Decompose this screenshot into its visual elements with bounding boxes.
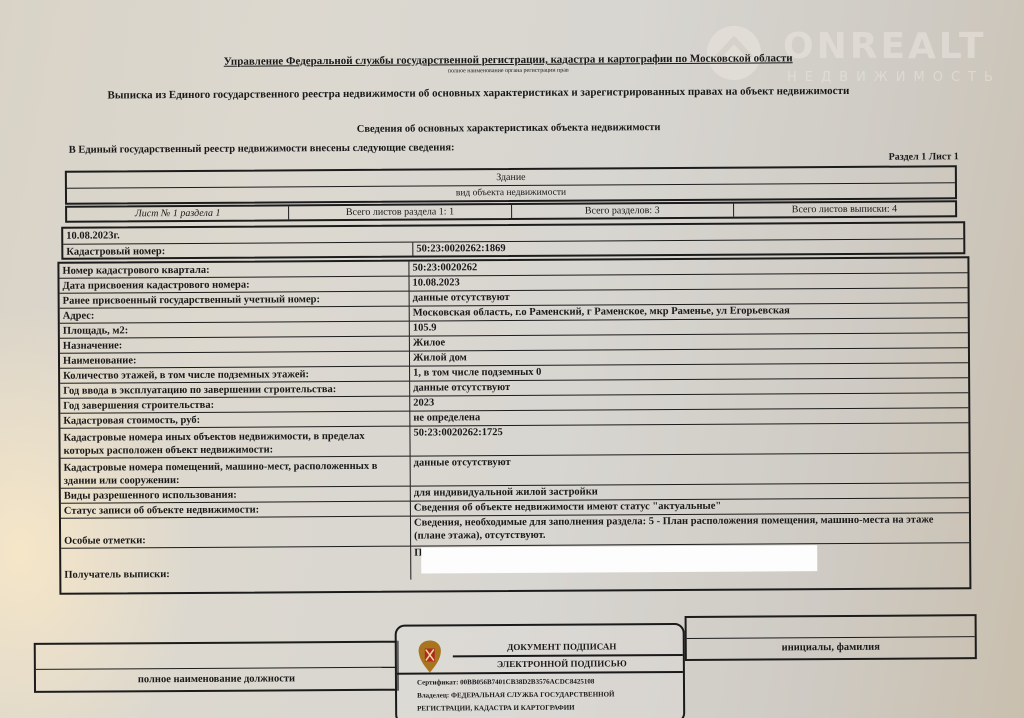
owner-line-1: Владелец: ФЕДЕРАЛЬНАЯ СЛУЖБА ГОСУДАРСТВЕ… [417, 690, 614, 699]
stamp-title-2: ЭЛЕКТРОННОЙ ПОДПИСЬЮ [457, 658, 667, 669]
field-label: Получатель выписки: [61, 547, 411, 582]
field-value: Сведения, необходимые для заполнения раз… [411, 513, 969, 546]
stamp-title-1: ДОКУМЕНТ ПОДПИСАН [457, 641, 667, 652]
coat-of-arms-icon [415, 636, 445, 676]
extract-sheets-total: Всего листов выписки: 4 [734, 202, 955, 216]
cadastral-number-value: 50:23:0020262:1869 [413, 239, 963, 256]
field-label: Кадастровые номера иных объектов недвижи… [60, 427, 410, 459]
document-page: Управление Федеральной службы государств… [0, 0, 1024, 718]
field-value: 50:23:0020262:1725 [410, 423, 968, 456]
name-caption: инициалы, фамилия [687, 637, 975, 659]
field-label: Особые отметки: [61, 517, 411, 549]
field-label: Кадастровые номера помещений, машино-мес… [61, 457, 411, 489]
field-value: данные отсутствуют [411, 453, 969, 486]
redaction-block [421, 545, 817, 573]
section-title: Сведения об основных характеристиках объ… [199, 121, 819, 136]
name-box: инициалы, фамилия [685, 614, 977, 661]
owner-line-2: РЕГИСТРАЦИИ, КАДАСТРА И КАРТОГРАФИИ [417, 704, 575, 713]
object-kind-box: Здание вид объекта недвижимости [65, 165, 957, 204]
document-title: Выписка из Единого государственного реес… [58, 85, 898, 102]
characteristics-table: Номер кадастрового квартала:50:23:002026… [57, 256, 971, 595]
cadastral-number-label: Кадастровый номер: [63, 243, 413, 259]
section-sheet-ref: Раздел 1 Лист 1 [819, 151, 959, 163]
position-box: полное наименование должности [34, 641, 399, 693]
sheet-number: Лист № 1 раздела 1 [67, 206, 289, 220]
certificate-id: Сертификат: 00BB056B7401CB38D2B3576ACDC8… [417, 678, 594, 687]
section-sheets-total: Всего листов раздела 1: 1 [289, 205, 511, 219]
e-signature-stamp: ДОКУМЕНТ ПОДПИСАН ЭЛЕКТРОННОЙ ПОДПИСЬЮ С… [395, 623, 686, 718]
sections-total: Всего разделов: 3 [512, 204, 734, 218]
intro-text: В Единый государственный реестр недвижим… [69, 142, 455, 155]
cadastral-box: 10.08.2023г. Кадастровый номер: 50:23:00… [61, 221, 965, 260]
position-caption: полное наименование должности [36, 668, 397, 692]
